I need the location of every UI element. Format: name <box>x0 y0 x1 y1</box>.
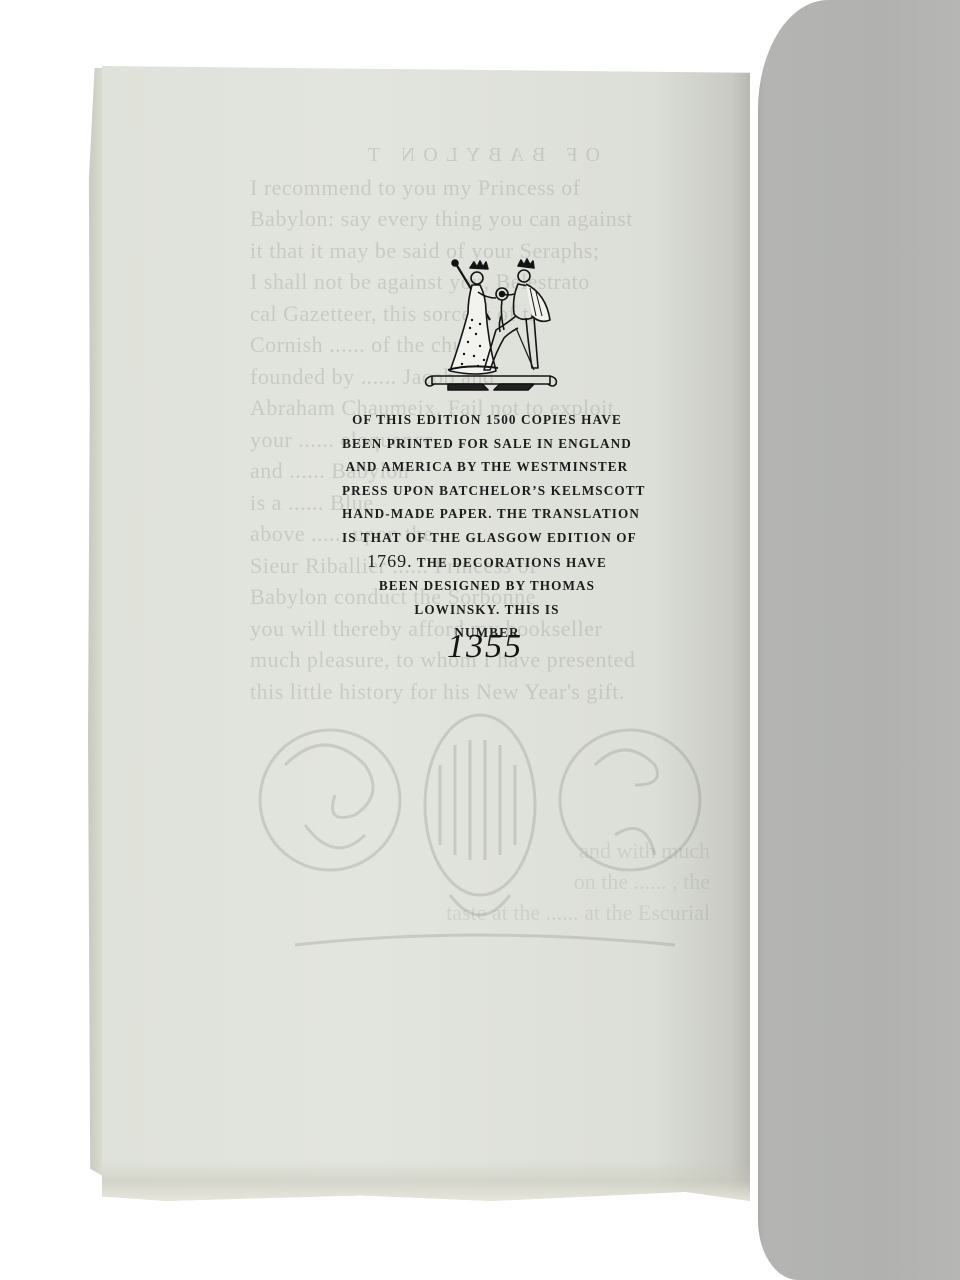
colophon-line: BEEN DESIGNED BY THOMAS <box>342 574 632 598</box>
colophon-line: LOWINSKY. THIS IS <box>342 598 632 622</box>
show-through-line: taste at the ...... at the Escurial <box>250 897 710 928</box>
colophon-line: BEEN PRINTED FOR SALE IN ENGLAND <box>342 432 632 456</box>
edition-year: 1769. <box>367 551 413 571</box>
show-through-line: I recommend to you my Princess of <box>250 172 710 204</box>
colophon-line: OF THIS EDITION 1500 COPIES HAVE <box>342 408 632 432</box>
colophon-line: AND AMERICA BY THE WESTMINSTER <box>342 455 632 479</box>
colophon-text: OF THIS EDITION 1500 COPIES HAVE BEEN PR… <box>342 408 632 645</box>
show-through-line: and with much <box>250 835 710 866</box>
colophon-line: HAND-MADE PAPER. THE TRANSLATION <box>342 502 632 526</box>
colophon-line: PRESS UPON BATCHELOR’S KELMSCOTT <box>342 479 632 503</box>
book-cover <box>758 0 960 1280</box>
colophon-line-year: 1769. THE DECORATIONS HAVE <box>342 550 632 575</box>
show-through-lower-text: and with much on the ...... , the taste … <box>250 835 710 928</box>
show-through-line: Babylon: say every thing you can against <box>250 203 710 235</box>
show-through-line: on the ...... , the <box>250 866 710 897</box>
colophon-line: THE DECORATIONS HAVE <box>417 555 607 570</box>
handwritten-copy-number: 1355 <box>440 628 530 666</box>
show-through-line: this little history for his New Year's g… <box>250 676 710 708</box>
show-through-title: OF BABYLON T <box>250 140 710 172</box>
king-queen-rose-woodcut-icon <box>418 258 564 398</box>
colophon-line: IS THAT OF THE GLASGOW EDITION OF <box>342 526 632 550</box>
